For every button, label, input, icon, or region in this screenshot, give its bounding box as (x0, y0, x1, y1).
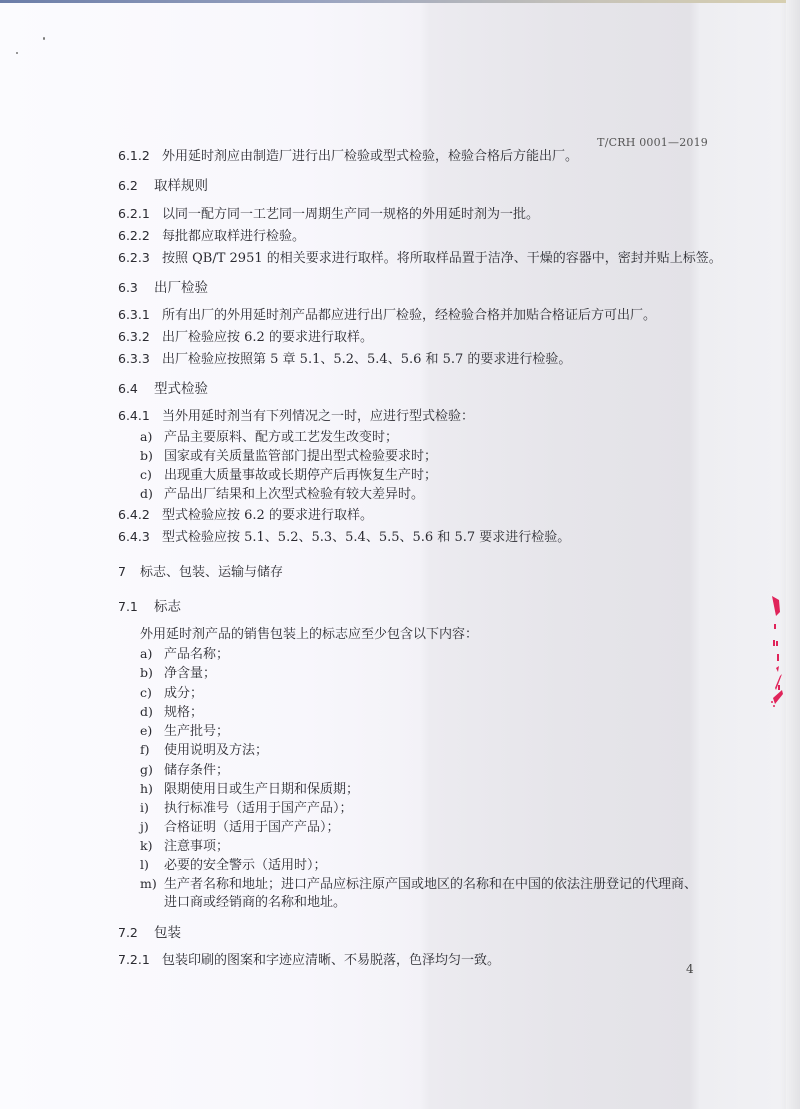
item-text: 生产批号； (164, 724, 229, 739)
clause-line: 6.3.1所有出厂的外用延时剂产品都应进行出厂检验，经检验合格并加贴合格证后方可… (118, 307, 656, 324)
clause-number: 6.3.1 (118, 307, 162, 323)
item-text: 产品名称； (164, 647, 229, 662)
item-text: 使用说明及方法； (164, 743, 268, 758)
item-number: a) (140, 646, 164, 662)
item-line: b)国家或有关质量监管部门提出型式检验要求时； (140, 448, 437, 465)
para-text: 外用延时剂产品的销售包装上的标志应至少包含以下内容： (140, 627, 478, 642)
item-number: b) (140, 665, 164, 681)
item-text: 限期使用日或生产日期和保质期； (164, 782, 359, 797)
scan-top-edge (0, 0, 800, 3)
item-number: h) (140, 781, 164, 797)
clause-line: 6.2.1以同一配方同一工艺同一周期生产同一规格的外用延时剂为一批。 (118, 206, 539, 223)
clause-number: 6.4.2 (118, 507, 162, 523)
item-text: 合格证明（适用于国产产品）； (164, 820, 340, 835)
clause-text: 当外用延时剂当有下列情况之一时，应进行型式检验： (162, 409, 474, 424)
item-line: l)必要的安全警示（适用时）； (140, 857, 327, 874)
clause-text: 每批都应取样进行检验。 (162, 229, 305, 244)
heading-text: 标志 (154, 599, 181, 615)
clause-number: 6.4.1 (118, 408, 162, 424)
item-number: e) (140, 723, 164, 739)
para-line: 外用延时剂产品的销售包装上的标志应至少包含以下内容： (140, 627, 478, 643)
item-line: g)储存条件； (140, 762, 229, 779)
heading-number: 7.2 (118, 925, 154, 941)
heading-number: 6.4 (118, 381, 154, 397)
clause-text: 出厂检验应按 6.2 的要求进行取样。 (162, 330, 373, 345)
item-text: 储存条件； (164, 763, 229, 778)
clause-text: 包装印刷的图案和字迹应清晰、不易脱落，色泽均匀一致。 (162, 953, 500, 968)
item-text: 净含量； (164, 666, 216, 681)
heading-text: 型式检验 (154, 381, 208, 397)
item-line: b)净含量； (140, 665, 216, 682)
clause-line: 6.4.2型式检验应按 6.2 的要求进行取样。 (118, 507, 373, 524)
heading-text: 包装 (154, 925, 181, 941)
heading-line: 7.2包装 (118, 925, 181, 941)
item-line: a)产品名称； (140, 646, 229, 663)
clause-line: 6.3.2出厂检验应按 6.2 的要求进行取样。 (118, 329, 373, 346)
clause-line: 6.2.2每批都应取样进行检验。 (118, 228, 305, 245)
item-number: i) (140, 800, 164, 816)
chapter-line: 7标志、包装、运输与储存 (118, 564, 283, 581)
item-number: f) (140, 742, 164, 758)
item-line: d)规格； (140, 704, 203, 721)
item-text: 生产者名称和地址；进口产品应标注原产国或地区的名称和在中国的依法注册登记的代理商… (164, 877, 697, 892)
item-text: 执行标准号（适用于国产产品）； (164, 801, 353, 816)
item-number: d) (140, 704, 164, 720)
item-number: c) (140, 467, 164, 483)
chapter-text: 标志、包装、运输与储存 (140, 565, 283, 580)
item-line: h)限期使用日或生产日期和保质期； (140, 781, 359, 798)
item-line: c)出现重大质量事故或长期停产后再恢复生产时； (140, 467, 437, 484)
cont-line: 进口商或经销商的名称和地址。 (164, 895, 346, 911)
item-text: 产品出厂结果和上次型式检验有较大差异时。 (164, 487, 424, 502)
clause-number: 7.2.1 (118, 952, 162, 968)
item-line: j)合格证明（适用于国产产品）； (140, 819, 340, 836)
item-number: l) (140, 857, 164, 873)
scanned-page-background (0, 0, 800, 1109)
clause-text: 型式检验应按 6.2 的要求进行取样。 (162, 508, 373, 523)
item-line: k)注意事项； (140, 838, 229, 855)
clause-number: 6.4.3 (118, 529, 162, 545)
clause-line: 6.4.1当外用延时剂当有下列情况之一时，应进行型式检验： (118, 408, 474, 425)
heading-line: 7.1标志 (118, 599, 181, 615)
clause-text: 以同一配方同一工艺同一周期生产同一规格的外用延时剂为一批。 (162, 207, 539, 222)
item-number: k) (140, 838, 164, 854)
chapter-number: 7 (118, 564, 140, 580)
clause-number: 6.2.1 (118, 206, 162, 222)
clause-number: 6.3.2 (118, 329, 162, 345)
heading-line: 6.4型式检验 (118, 381, 208, 397)
red-seal-stamp-fragment (770, 590, 790, 720)
document-code: T/CRH 0001—2019 (590, 136, 708, 149)
clause-line: 6.2.3按照 QB/T 2951 的相关要求进行取样。将所取样品置于洁净、干燥… (118, 250, 722, 267)
item-text: 成分； (164, 686, 203, 701)
item-number: a) (140, 429, 164, 445)
item-text: 规格； (164, 705, 203, 720)
heading-line: 6.3出厂检验 (118, 280, 208, 296)
clause-line: 6.1.2外用延时剂应由制造厂进行出厂检验或型式检验，检验合格后方能出厂。 (118, 148, 578, 165)
item-text: 必要的安全警示（适用时）； (164, 858, 327, 873)
clause-text: 出厂检验应按照第 5 章 5.1、5.2、5.4、5.6 和 5.7 的要求进行… (162, 352, 571, 367)
clause-number: 6.2.2 (118, 228, 162, 244)
clause-number: 6.1.2 (118, 148, 162, 164)
clause-line: 6.4.3型式检验应按 5.1、5.2、5.3、5.4、5.5、5.6 和 5.… (118, 529, 570, 546)
clause-text: 外用延时剂应由制造厂进行出厂检验或型式检验，检验合格后方能出厂。 (162, 149, 578, 164)
item-line: c)成分； (140, 685, 203, 702)
scan-speck (16, 52, 18, 54)
item-line: d)产品出厂结果和上次型式检验有较大差异时。 (140, 486, 424, 503)
item-number: b) (140, 448, 164, 464)
item-number: d) (140, 486, 164, 502)
heading-number: 6.2 (118, 178, 154, 194)
item-line: m)生产者名称和地址；进口产品应标注原产国或地区的名称和在中国的依法注册登记的代… (140, 876, 697, 893)
scan-right-edge (786, 0, 800, 1109)
item-text: 国家或有关质量监管部门提出型式检验要求时； (164, 449, 437, 464)
clause-text: 按照 QB/T 2951 的相关要求进行取样。将所取样品置于洁净、干燥的容器中，… (162, 251, 722, 266)
heading-text: 取样规则 (154, 178, 208, 194)
scan-speck (43, 37, 45, 40)
clause-line: 7.2.1包装印刷的图案和字迹应清晰、不易脱落，色泽均匀一致。 (118, 952, 500, 969)
clause-number: 6.2.3 (118, 250, 162, 266)
item-line: a)产品主要原料、配方或工艺发生改变时； (140, 429, 398, 446)
clause-text: 型式检验应按 5.1、5.2、5.3、5.4、5.5、5.6 和 5.7 要求进… (162, 530, 570, 545)
page-number: 4 (686, 962, 694, 976)
clause-line: 6.3.3出厂检验应按照第 5 章 5.1、5.2、5.4、5.6 和 5.7 … (118, 351, 571, 368)
item-line: i)执行标准号（适用于国产产品）； (140, 800, 353, 817)
item-text: 注意事项； (164, 839, 229, 854)
item-line: f)使用说明及方法； (140, 742, 268, 759)
item-text: 产品主要原料、配方或工艺发生改变时； (164, 430, 398, 445)
item-number: g) (140, 762, 164, 778)
item-line: e)生产批号； (140, 723, 229, 740)
heading-number: 6.3 (118, 280, 154, 296)
clause-number: 6.3.3 (118, 351, 162, 367)
heading-number: 7.1 (118, 599, 154, 615)
item-number: j) (140, 819, 164, 835)
heading-line: 6.2取样规则 (118, 178, 208, 194)
item-number: m) (140, 876, 164, 892)
item-text: 出现重大质量事故或长期停产后再恢复生产时； (164, 468, 437, 483)
cont-text: 进口商或经销商的名称和地址。 (164, 895, 346, 910)
clause-text: 所有出厂的外用延时剂产品都应进行出厂检验，经检验合格并加贴合格证后方可出厂。 (162, 308, 656, 323)
heading-text: 出厂检验 (154, 280, 208, 296)
item-number: c) (140, 685, 164, 701)
